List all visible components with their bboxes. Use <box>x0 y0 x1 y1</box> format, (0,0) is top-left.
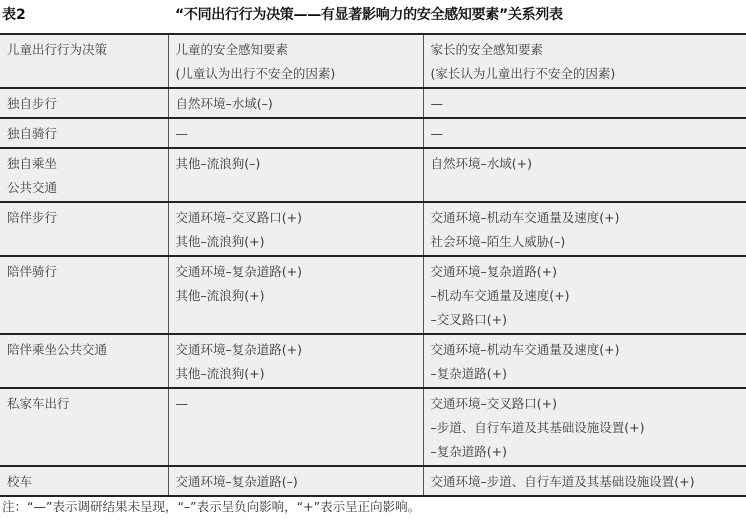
table-row: 独自乘坐公共交通其他–流浪狗(–)自然环境–水域(+) <box>0 148 746 202</box>
cell-decision: 独自骑行 <box>0 118 168 148</box>
cell-parent: 自然环境–水域(+) <box>423 148 746 202</box>
cell-parent: 交通环境–复杂道路(+)–机动车交通量及速度(+)–交叉路口(+) <box>423 256 746 334</box>
cell-child: 交通环境–复杂道路(–) <box>168 466 423 496</box>
table-caption: 表2 “不同出行行为决策——有显著影响力的安全感知要素”关系列表 <box>0 4 746 26</box>
table-row: 独自步行自然环境–水域(–)— <box>0 88 746 118</box>
table-row: 校车交通环境–复杂道路(–)交通环境–步道、自行车道及其基础设施设置(+) <box>0 466 746 496</box>
table-row: 陪伴骑行交通环境–复杂道路(+)其他–流浪狗(+)交通环境–复杂道路(+)–机动… <box>0 256 746 334</box>
table-note: 注：“—”表示调研结果未呈现，“–”表示呈负向影响，“+”表示呈正向影响。 <box>2 497 420 515</box>
cell-child: 其他–流浪狗(–) <box>168 148 423 202</box>
table-row: 独自骑行—— <box>0 118 746 148</box>
table-number: 表2 <box>2 4 26 24</box>
cell-child: — <box>168 388 423 466</box>
cell-parent: 交通环境–机动车交通量及速度(+)社会环境–陌生人威胁(–) <box>423 202 746 256</box>
table-row: 私家车出行—交通环境–交叉路口(+)–步道、自行车道及其基础设施设置(+)–复杂… <box>0 388 746 466</box>
header-parent: 家长的安全感知要素(家长认为儿童出行不安全的因素) <box>423 34 746 88</box>
cell-parent: — <box>423 88 746 118</box>
cell-decision: 私家车出行 <box>0 388 168 466</box>
cell-decision: 陪伴乘坐公共交通 <box>0 334 168 388</box>
header-row: 儿童出行行为决策 儿童的安全感知要素(儿童认为出行不安全的因素) 家长的安全感知… <box>0 34 746 88</box>
header-decision: 儿童出行行为决策 <box>0 34 168 88</box>
cell-decision: 陪伴步行 <box>0 202 168 256</box>
relation-table: 儿童出行行为决策 儿童的安全感知要素(儿童认为出行不安全的因素) 家长的安全感知… <box>0 33 746 497</box>
cell-child: — <box>168 118 423 148</box>
cell-parent: — <box>423 118 746 148</box>
table-row: 陪伴步行交通环境–交叉路口(+)其他–流浪狗(+)交通环境–机动车交通量及速度(… <box>0 202 746 256</box>
cell-child: 交通环境–交叉路口(+)其他–流浪狗(+) <box>168 202 423 256</box>
cell-parent: 交通环境–步道、自行车道及其基础设施设置(+) <box>423 466 746 496</box>
cell-decision: 独自乘坐公共交通 <box>0 148 168 202</box>
table-title: “不同出行行为决策——有显著影响力的安全感知要素”关系列表 <box>175 4 563 24</box>
cell-child: 自然环境–水域(–) <box>168 88 423 118</box>
cell-decision: 校车 <box>0 466 168 496</box>
cell-parent: 交通环境–交叉路口(+)–步道、自行车道及其基础设施设置(+)–复杂道路(+) <box>423 388 746 466</box>
cell-child: 交通环境–复杂道路(+)其他–流浪狗(+) <box>168 256 423 334</box>
cell-decision: 陪伴骑行 <box>0 256 168 334</box>
cell-child: 交通环境–复杂道路(+)其他–流浪狗(+) <box>168 334 423 388</box>
cell-decision: 独自步行 <box>0 88 168 118</box>
header-child: 儿童的安全感知要素(儿童认为出行不安全的因素) <box>168 34 423 88</box>
cell-parent: 交通环境–机动车交通量及速度(+)–复杂道路(+) <box>423 334 746 388</box>
table-row: 陪伴乘坐公共交通交通环境–复杂道路(+)其他–流浪狗(+)交通环境–机动车交通量… <box>0 334 746 388</box>
